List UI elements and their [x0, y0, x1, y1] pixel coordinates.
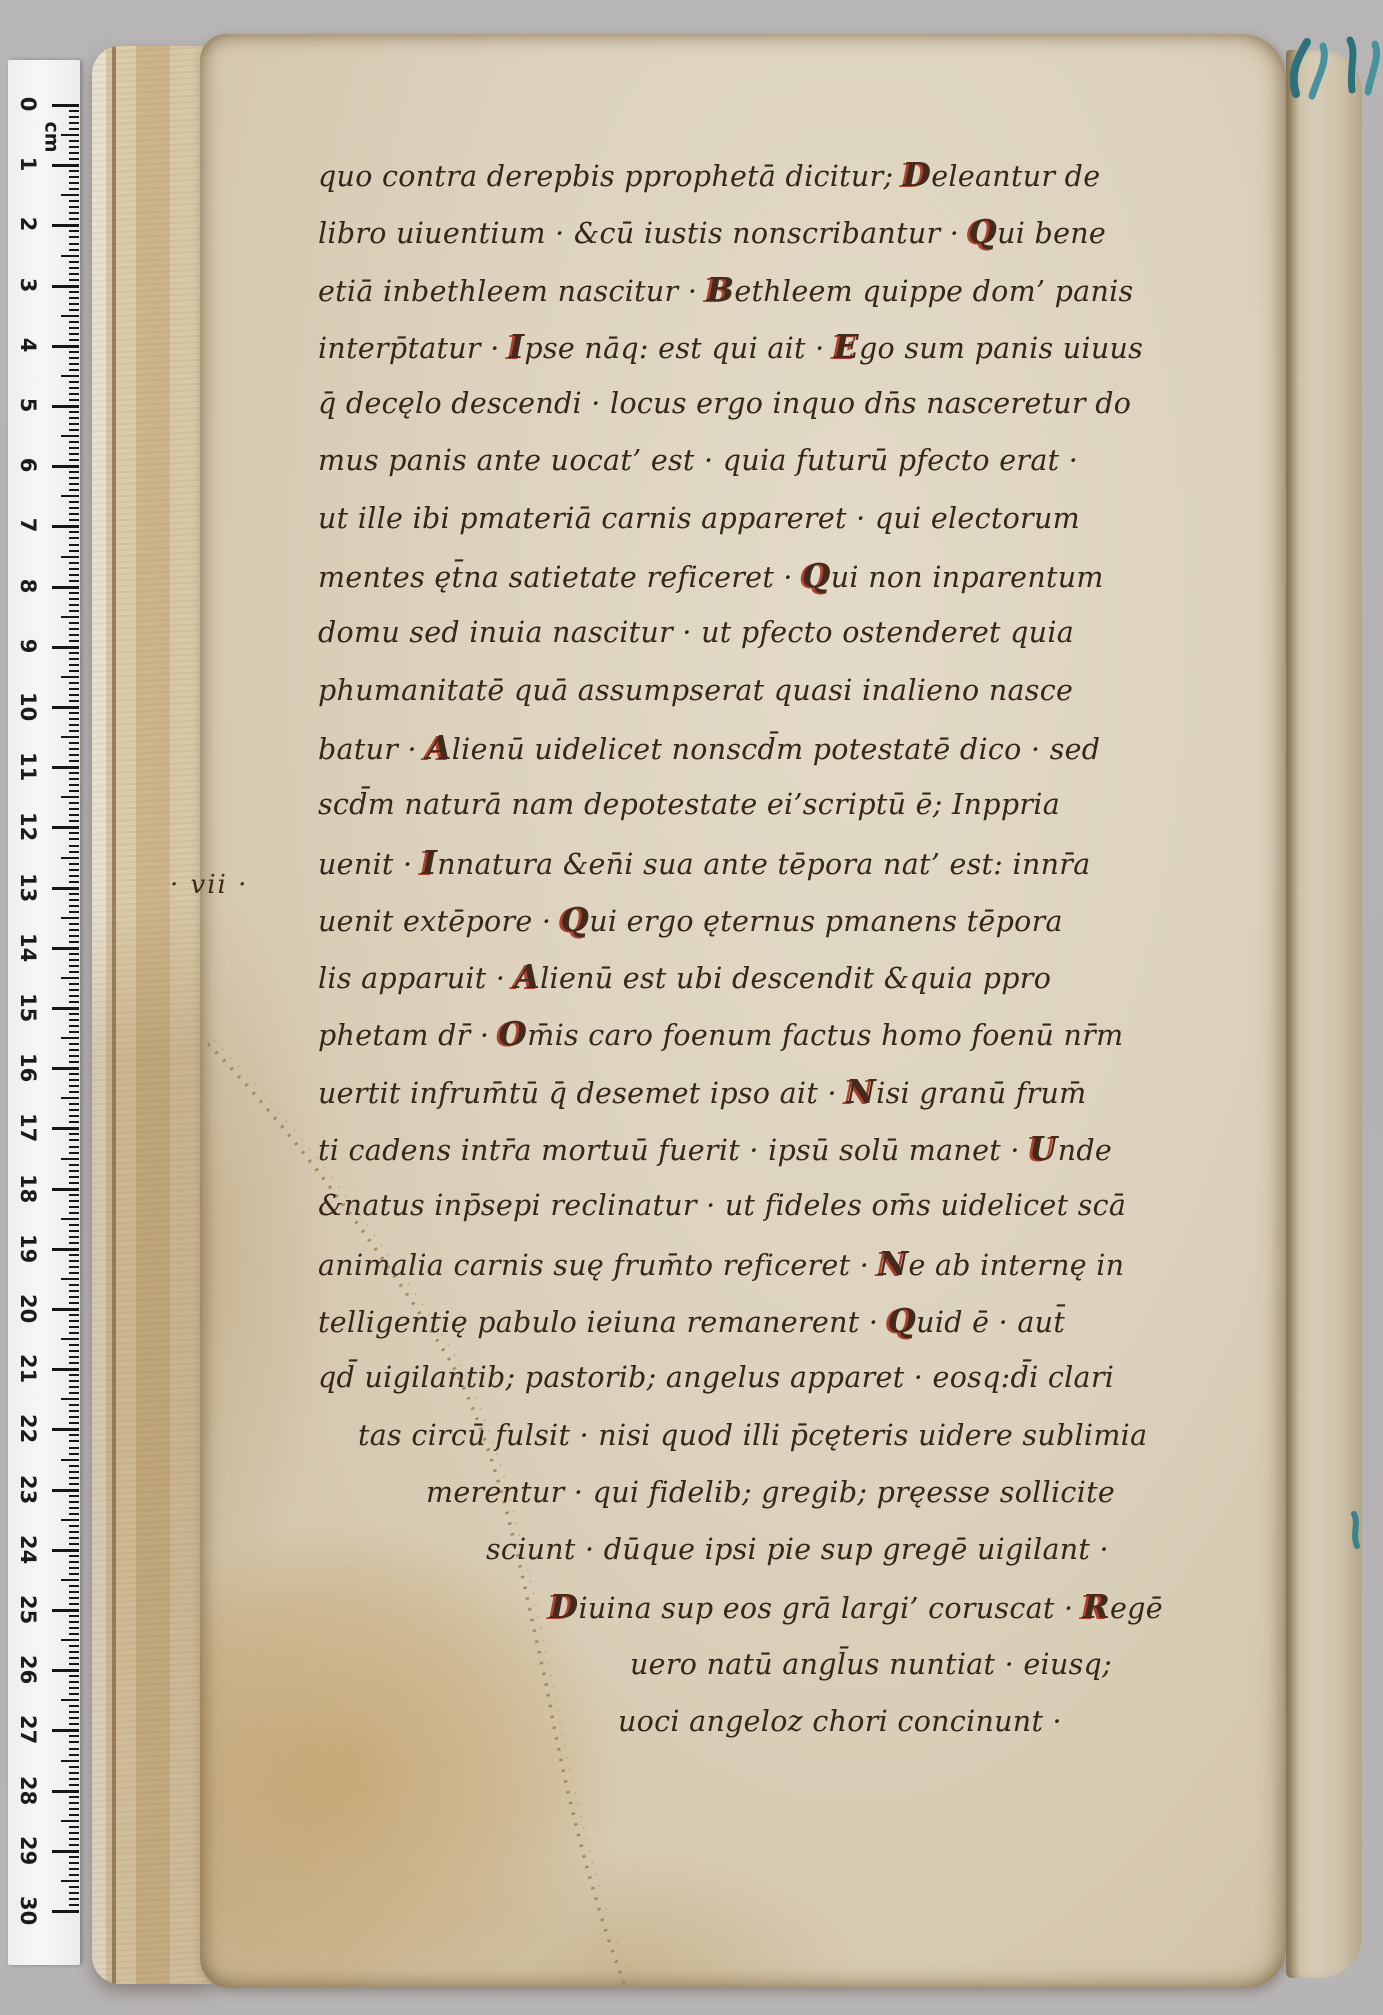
rubric-initial: D — [550, 1587, 578, 1626]
ruler-tick — [69, 1073, 79, 1075]
rubric-initial: A — [426, 728, 452, 767]
ruler-tick — [52, 1007, 79, 1010]
text-segment: e ab internę in — [908, 1249, 1124, 1282]
ruler-tick — [69, 1477, 79, 1479]
text-segment: iuina sup eos grā largi’ coruscat · — [578, 1592, 1082, 1625]
ruler-tick — [69, 1645, 79, 1647]
ruler-tick — [69, 1537, 79, 1539]
ruler-tick — [69, 790, 79, 792]
ruler-tick — [69, 1320, 79, 1322]
ruler-tick — [69, 929, 79, 931]
ruler-tick — [69, 1410, 79, 1412]
ruler-tick — [69, 1031, 79, 1033]
ruler-tick — [69, 1856, 79, 1858]
rubric-initial: I — [509, 327, 525, 366]
ruler-tick — [69, 1013, 79, 1015]
ruler-tick — [69, 1627, 79, 1629]
ruler-tick — [69, 279, 79, 281]
ruler-unit-label: cm — [41, 121, 63, 152]
text-line: quo contra derepbis pprophetā dicitur; D… — [318, 146, 1060, 203]
ruler-tick — [61, 435, 79, 437]
text-segment: ti cadens intr̄a mortuū fuerit · ipsū so… — [318, 1134, 1029, 1167]
ruler-tick — [69, 140, 79, 142]
text-line: uenit · Innatura &en̄i sua ante tēpora n… — [318, 834, 1060, 891]
ruler-tick — [69, 1892, 79, 1894]
ruler-tick — [69, 1483, 79, 1485]
text-segment: lienū est ubi descendit &quia ppro — [540, 962, 1051, 995]
ruler-tick — [69, 1543, 79, 1545]
ruler-tick — [69, 1272, 79, 1274]
ruler-tick — [69, 989, 79, 991]
ruler-tick — [69, 881, 79, 883]
ruler-tick — [69, 1531, 79, 1533]
rubric-initial: A — [515, 957, 541, 996]
ruler-tick — [69, 1133, 79, 1135]
ruler-tick — [69, 983, 79, 985]
ruler-tick — [69, 1103, 79, 1105]
ruler-tick — [61, 1459, 79, 1461]
ruler-tick — [52, 1127, 79, 1130]
ruler-tick — [69, 273, 79, 275]
ruler-tick — [52, 1910, 79, 1913]
ruler-tick — [61, 134, 79, 136]
ruler-tick — [69, 393, 79, 395]
ruler-number: 16 — [16, 1053, 40, 1081]
ruler-number: 4 — [16, 331, 40, 359]
ruler-tick — [69, 291, 79, 293]
ruler-tick — [69, 893, 79, 895]
ruler-tick — [69, 1200, 79, 1202]
ruler-tick — [69, 1471, 79, 1473]
ruler-tick — [69, 1344, 79, 1346]
text-segment: go sum panis uiuus — [859, 332, 1143, 365]
ruler-tick — [69, 531, 79, 533]
ruler-tick — [69, 1224, 79, 1226]
text-line: merentur · qui fidelib; gregib; pręesse … — [426, 1464, 1060, 1521]
rubric-initial: O — [499, 1014, 528, 1053]
text-line: etiā inbethleem nascitur · Bethleem quip… — [318, 261, 1060, 318]
text-segment: interp̄tatur · — [318, 332, 509, 365]
ruler-tick — [69, 598, 79, 600]
ruler-tick — [69, 327, 79, 329]
ruler-tick — [52, 164, 79, 167]
ruler-tick — [69, 261, 79, 263]
ruler-tick — [61, 676, 79, 678]
ruler-tick — [52, 1609, 79, 1612]
ruler-tick — [69, 688, 79, 690]
rubric-initial: Q — [802, 556, 831, 595]
ruler-tick — [69, 537, 79, 539]
ruler-tick — [61, 255, 79, 257]
ruler-tick — [52, 1729, 79, 1732]
ruler-tick — [52, 1669, 79, 1672]
ruler-tick — [69, 1814, 79, 1816]
ruler-tick — [69, 772, 79, 774]
text-segment: ui ergo ęternus pmanens tēpora — [589, 905, 1063, 938]
ruler-tick — [52, 1549, 79, 1552]
ruler-tick — [69, 1844, 79, 1846]
ruler-tick — [69, 243, 79, 245]
ruler-tick — [69, 1447, 79, 1449]
ruler-tick — [69, 838, 79, 840]
ruler-tick — [69, 333, 79, 335]
ruler-tick — [69, 1206, 79, 1208]
ruler-number: 7 — [16, 511, 40, 539]
ruler-tick — [69, 640, 79, 642]
ruler-tick — [69, 1591, 79, 1593]
ruler-tick — [61, 977, 79, 979]
ruler-tick — [69, 249, 79, 251]
ruler-number: 13 — [16, 873, 40, 901]
ruler-tick — [69, 1705, 79, 1707]
ruler-tick — [69, 1868, 79, 1870]
ruler-tick — [69, 1302, 79, 1304]
ruler-tick — [69, 519, 79, 521]
ruler-scale: 0123456789101112131415161718192021222324… — [8, 60, 80, 1965]
text-segment: mus panis ante uocat’ est · quia futurū … — [318, 444, 1078, 477]
text-segment: pse nāq: est qui ait · — [524, 332, 833, 365]
ruler-tick — [69, 1422, 79, 1424]
ruler-tick — [69, 447, 79, 449]
manuscript-photo: 0123456789101112131415161718192021222324… — [0, 0, 1383, 2015]
ruler-tick — [69, 1176, 79, 1178]
ruler-tick — [69, 550, 79, 552]
ruler-tick — [69, 1350, 79, 1352]
ruler-tick — [69, 206, 79, 208]
ruler-tick — [69, 1681, 79, 1683]
ruler-tick — [69, 808, 79, 810]
ruler-tick — [69, 1886, 79, 1888]
ruler-tick — [52, 285, 79, 288]
text-segment: etiā inbethleem nascitur · — [318, 275, 707, 308]
text-line: phumanitatē quā assumpserat quasi inalie… — [318, 662, 1060, 719]
ruler-tick — [52, 465, 79, 468]
ruler-tick — [69, 1055, 79, 1057]
ruler-tick — [61, 736, 79, 738]
text-line: mentes ęt̄na satietate reficeret · Qui n… — [318, 547, 1060, 604]
ruler-tick — [69, 1085, 79, 1087]
ruler-tick — [69, 628, 79, 630]
ruler-number: 15 — [16, 993, 40, 1021]
ruler-tick — [69, 1603, 79, 1605]
ruler-tick — [52, 525, 79, 528]
ruler-tick — [69, 935, 79, 937]
text-segment: tas circū fulsit · nisi quod illi p̄cęte… — [358, 1419, 1147, 1452]
ruler-tick — [69, 1784, 79, 1786]
ruler-number: 23 — [16, 1475, 40, 1503]
ruler-tick — [61, 375, 79, 377]
ruler-number: 27 — [16, 1715, 40, 1743]
ruler-tick — [52, 1790, 79, 1793]
ruler-tick — [69, 634, 79, 636]
ruler-number: 26 — [16, 1655, 40, 1683]
ruler-tick — [69, 1290, 79, 1292]
ruler-tick — [69, 568, 79, 570]
rubric-initial: U — [1029, 1129, 1058, 1168]
ruler-tick — [69, 1567, 79, 1569]
text-segment: phetam dr̄ · — [318, 1019, 499, 1052]
ruler-tick — [69, 1862, 79, 1864]
ruler-tick — [52, 405, 79, 408]
ruler-tick — [69, 1507, 79, 1509]
ruler-tick — [52, 826, 79, 829]
ruler-tick — [61, 1699, 79, 1701]
ruler-tick — [69, 658, 79, 660]
ruler-tick — [61, 1639, 79, 1641]
ruler-tick — [61, 796, 79, 798]
ruler-tick — [69, 309, 79, 311]
ruler-tick — [52, 1368, 79, 1371]
ruler-tick — [69, 1416, 79, 1418]
ruler-number: 12 — [16, 812, 40, 840]
ruler-tick — [69, 1832, 79, 1834]
ruler-tick — [69, 357, 79, 359]
ruler-tick — [52, 104, 79, 107]
ruler-tick — [69, 923, 79, 925]
ruler-tick — [69, 1772, 79, 1774]
ruler-tick — [69, 1230, 79, 1232]
ruler-tick — [69, 899, 79, 901]
rubric-initial: I — [422, 843, 438, 882]
ruler-tick — [61, 1278, 79, 1280]
ruler-tick — [69, 1651, 79, 1653]
ruler-tick — [52, 1489, 79, 1492]
ruler-tick — [69, 814, 79, 816]
ruler-tick — [69, 128, 79, 130]
ruler-tick — [69, 1380, 79, 1382]
ruler-tick — [69, 869, 79, 871]
ruler-tick — [69, 1723, 79, 1725]
ruler-tick — [69, 712, 79, 714]
ruler-tick — [69, 1109, 79, 1111]
ruler-tick — [69, 760, 79, 762]
ruler-tick — [69, 911, 79, 913]
ruler-tick — [52, 1188, 79, 1191]
ruler-tick — [69, 1513, 79, 1515]
ruler-tick — [52, 1248, 79, 1251]
ruler-tick — [69, 411, 79, 413]
ruler-tick — [69, 778, 79, 780]
ruler-tick — [69, 742, 79, 744]
ruler-tick — [69, 1182, 79, 1184]
rubric-initial: E — [834, 327, 859, 366]
text-segment: m̄is caro foenum factus homo foenū nr̄m — [527, 1019, 1123, 1052]
text-line: animalia carnis suę frum̄to reficeret · … — [318, 1235, 1060, 1292]
ruler-tick — [69, 1874, 79, 1876]
text-segment: ut ille ibi pmateriā carnis appareret · … — [318, 502, 1080, 535]
ruler-tick — [69, 1717, 79, 1719]
ruler-tick — [69, 1465, 79, 1467]
ruler-number: 25 — [16, 1595, 40, 1623]
ruler-tick — [69, 1440, 79, 1442]
ruler-tick — [52, 887, 79, 890]
ruler-tick — [69, 802, 79, 804]
ruler-tick — [69, 483, 79, 485]
ruler-tick — [52, 947, 79, 950]
ruler-tick — [69, 1525, 79, 1527]
ruler-tick — [69, 1049, 79, 1051]
ruler-number: 3 — [16, 271, 40, 299]
ruler-tick — [69, 1597, 79, 1599]
ruler-tick — [69, 1615, 79, 1617]
ruler-tick — [61, 194, 79, 196]
ruler-tick — [69, 718, 79, 720]
ruler-number: 1 — [16, 150, 40, 178]
ruler-number: 22 — [16, 1414, 40, 1442]
ruler-tick — [69, 146, 79, 148]
ruler-tick — [69, 1501, 79, 1503]
ruler-tick — [61, 556, 79, 558]
ruler-tick — [69, 574, 79, 576]
ruler-tick — [69, 1146, 79, 1148]
ruler-tick — [69, 441, 79, 443]
ruler-number: 5 — [16, 391, 40, 419]
ruler-tick — [69, 152, 79, 154]
text-line: uenit extēpore · Qui ergo ęternus pmanen… — [318, 891, 1060, 948]
ruler-tick — [69, 1434, 79, 1436]
quire-number: · vii · — [170, 872, 280, 898]
ruler-tick — [69, 1061, 79, 1063]
ruler-tick — [69, 1170, 79, 1172]
ruler-tick — [69, 1657, 79, 1659]
ruler-tick — [69, 1711, 79, 1713]
text-segment: ethleem quippe dom’ panis — [734, 275, 1133, 308]
ruler-tick — [69, 995, 79, 997]
ruler-tick — [69, 845, 79, 847]
text-segment: mentes ęt̄na satietate reficeret · — [318, 561, 802, 594]
ruler-tick — [69, 622, 79, 624]
ruler-tick — [69, 507, 79, 509]
ruler-tick — [61, 1398, 79, 1400]
ruler-tick — [69, 1314, 79, 1316]
ruler-tick — [69, 230, 79, 232]
ruler-tick — [69, 592, 79, 594]
ruler-tick — [69, 1796, 79, 1798]
ruler-tick — [69, 1495, 79, 1497]
ruler-tick — [69, 1808, 79, 1810]
text-segment: phumanitatē quā assumpserat quasi inalie… — [318, 674, 1073, 707]
text-line: qd̄ uigilantib; pastorib; angelus appare… — [318, 1349, 1060, 1406]
ruler-number: 17 — [16, 1113, 40, 1141]
ruler-tick — [69, 1766, 79, 1768]
text-line: ut ille ibi pmateriā carnis appareret · … — [318, 490, 1060, 547]
ruler-tick — [69, 863, 79, 865]
ruler-tick — [69, 236, 79, 238]
ruler-tick — [61, 1338, 79, 1340]
ruler-tick — [52, 1067, 79, 1070]
ruler-tick — [69, 188, 79, 190]
text-segment: libro uiuentium · &cū iustis nonscribant… — [318, 217, 968, 250]
text-segment: quo contra derepbis pprophetā dicitur; — [318, 160, 903, 193]
ruler-tick — [61, 1880, 79, 1882]
ruler-tick — [61, 1579, 79, 1581]
ruler-tick — [52, 345, 79, 348]
ruler-tick — [69, 875, 79, 877]
ruler-tick — [61, 616, 79, 618]
ruler-tick — [69, 971, 79, 973]
ruler-tick — [69, 423, 79, 425]
text-segment: ui bene — [997, 217, 1106, 250]
ruler-tick — [69, 1386, 79, 1388]
folio-stack-edges — [92, 46, 212, 1984]
ruler-tick — [69, 501, 79, 503]
ruler-tick — [69, 1904, 79, 1906]
ruler-tick — [69, 959, 79, 961]
ruler-tick — [69, 110, 79, 112]
ruler-tick — [69, 1266, 79, 1268]
ruler-tick — [69, 682, 79, 684]
rubric-initial: N — [878, 1244, 908, 1283]
ruler-tick — [69, 477, 79, 479]
text-segment: ui non inparentum — [831, 561, 1104, 594]
ruler-tick — [69, 1284, 79, 1286]
ruler-tick — [61, 1760, 79, 1762]
ruler-tick — [69, 1164, 79, 1166]
ruler-tick — [69, 1735, 79, 1737]
ruler-tick — [69, 754, 79, 756]
ruler-tick — [69, 429, 79, 431]
ruler-tick — [52, 1308, 79, 1311]
text-segment: &natus inp̄sepi reclinatur · ut fideles … — [318, 1189, 1126, 1222]
ruler-tick — [69, 1663, 79, 1665]
ruler-tick — [69, 176, 79, 178]
ruler-tick — [61, 1218, 79, 1220]
ruler-tick — [69, 580, 79, 582]
ruler-tick — [52, 586, 79, 589]
ruler-tick — [69, 670, 79, 672]
ruler-tick — [69, 1404, 79, 1406]
ruler-tick — [69, 604, 79, 606]
ruler-tick — [52, 224, 79, 227]
ruler-number: 10 — [16, 692, 40, 720]
ruler-tick — [69, 1296, 79, 1298]
ruler-number: 29 — [16, 1836, 40, 1864]
ruler-tick — [69, 218, 79, 220]
ruler-tick — [69, 1019, 79, 1021]
ruler-tick — [69, 158, 79, 160]
ruler-tick — [69, 1633, 79, 1635]
ruler-tick — [69, 303, 79, 305]
text-line: uero natū angl̄us nuntiat · eiusq; — [630, 1636, 1060, 1693]
ruler-tick — [69, 1748, 79, 1750]
ruler-tick — [69, 387, 79, 389]
ruler-tick — [69, 459, 79, 461]
ruler-tick — [52, 706, 79, 709]
ruler-tick — [69, 381, 79, 383]
text-segment: nde — [1058, 1134, 1112, 1167]
text-block: quo contra derepbis pprophetā dicitur; D… — [318, 146, 1060, 1750]
text-line: mus panis ante uocat’ est · quia futurū … — [318, 432, 1060, 489]
ruler-tick — [69, 363, 79, 365]
ruler-tick — [52, 1428, 79, 1431]
ruler-tick — [69, 453, 79, 455]
ruler-tick — [52, 646, 79, 649]
ruler-number: 19 — [16, 1234, 40, 1262]
text-segment: uenit extēpore · — [318, 905, 561, 938]
ruler-tick — [69, 1079, 79, 1081]
ruler-number: 30 — [16, 1896, 40, 1924]
text-line: q̄ decęlo descendi · locus ergo inquo dn… — [318, 375, 1060, 432]
text-line: batur · Alienū uidelicet nonscd̄m potest… — [318, 719, 1060, 776]
text-segment: domu sed inuia nascitur · ut pfecto oste… — [318, 616, 1074, 649]
ruler: 0123456789101112131415161718192021222324… — [8, 60, 80, 1965]
ruler-tick — [69, 1802, 79, 1804]
text-segment: eleantur de — [931, 160, 1100, 193]
ruler-tick — [69, 1392, 79, 1394]
ruler-number: 0 — [16, 90, 40, 118]
text-segment: uid ē · aut̄ — [916, 1306, 1065, 1339]
text-segment: merentur · qui fidelib; gregib; pręesse … — [426, 1476, 1115, 1509]
